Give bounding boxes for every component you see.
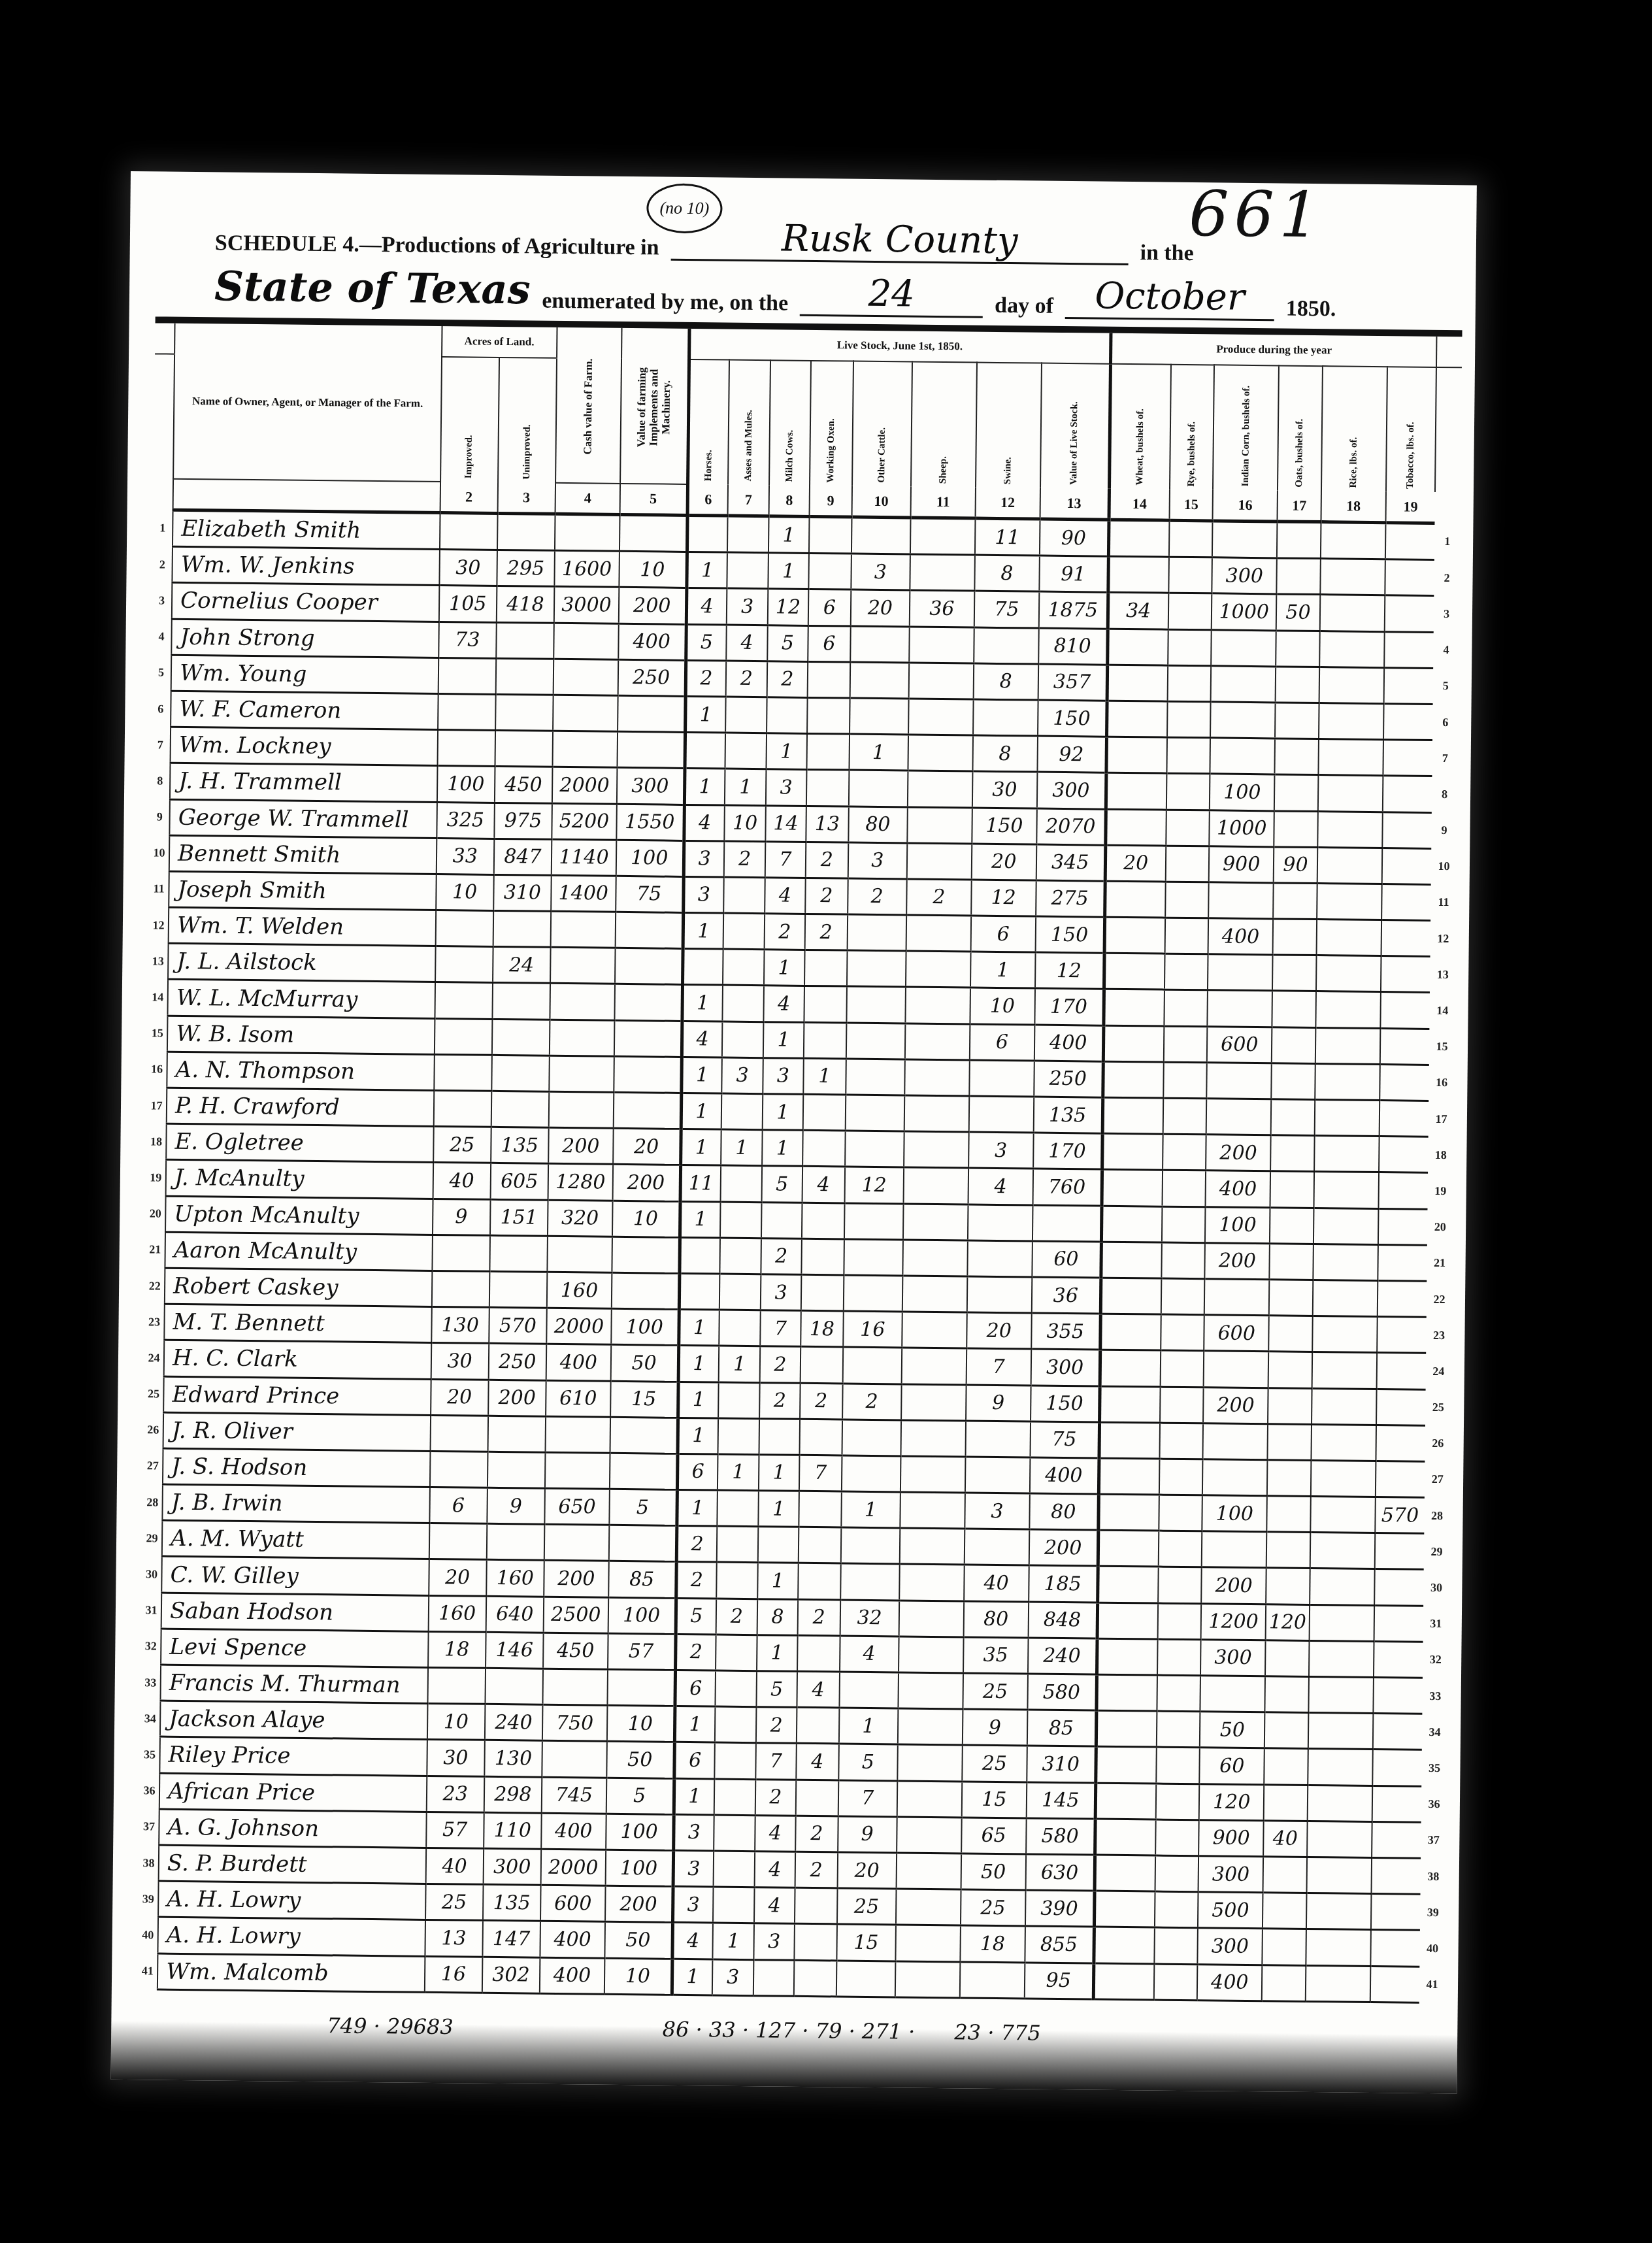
cell-col-12: 80 [963, 1601, 1028, 1638]
cell-col-16: 1000 [1212, 593, 1276, 630]
cell-col-8: 1 [757, 1635, 798, 1671]
cell-col-8: 2 [755, 1779, 796, 1816]
cell-col-4: 200 [548, 1127, 613, 1164]
farm-owner-name: Joseph Smith [169, 871, 436, 910]
cell-col-17: 120 [1266, 1604, 1310, 1640]
cell-col-2: 105 [438, 586, 497, 622]
row-number: 39 [139, 1881, 159, 1917]
cell-col-13: 145 [1026, 1782, 1095, 1819]
cell-col-19 [1374, 1569, 1424, 1606]
cell-col-7 [727, 552, 768, 589]
cell-col-17 [1271, 1099, 1315, 1136]
farm-owner-name: W. F. Cameron [171, 691, 438, 729]
cell-col-13: 2070 [1036, 808, 1106, 845]
cell-col-17 [1273, 919, 1317, 955]
cell-col-14 [1102, 1170, 1163, 1206]
cell-col-17 [1272, 1027, 1315, 1063]
cell-col-7: 1 [725, 769, 766, 805]
cell-col-8: 8 [757, 1599, 798, 1635]
cell-col-18 [1317, 811, 1382, 848]
cell-col-19 [1378, 1281, 1427, 1318]
cell-col-18 [1314, 1136, 1379, 1172]
cell-col-2: 6 [429, 1487, 487, 1523]
cell-col-4: 1140 [552, 839, 616, 876]
cell-col-10 [840, 1527, 900, 1564]
farm-owner-name: J. McAnulty [166, 1160, 433, 1199]
row-number-right: 32 [1423, 1642, 1448, 1678]
cell-col-2 [438, 657, 496, 694]
cell-col-10: 1 [849, 734, 908, 771]
cell-col-3 [495, 658, 553, 695]
cell-col-15 [1158, 1567, 1202, 1604]
cell-col-3: 310 [493, 874, 552, 911]
farm-owner-name: P. H. Crawford [167, 1088, 434, 1126]
cell-col-9 [804, 1022, 846, 1059]
cell-col-12 [967, 1240, 1032, 1277]
cell-col-5 [612, 1272, 680, 1309]
cell-col-18 [1312, 1352, 1376, 1389]
cell-col-13: 300 [1037, 772, 1106, 808]
cell-col-2: 16 [424, 1956, 482, 1993]
cell-col-10: 7 [838, 1780, 897, 1817]
farm-owner-name: J. L. Ailstock [168, 943, 435, 982]
cell-col-9: 6 [808, 590, 851, 626]
cell-col-3: 295 [497, 550, 555, 587]
cell-col-9: 2 [800, 1383, 842, 1420]
cell-col-4: 2000 [546, 1308, 611, 1344]
column-number: 18 [1321, 491, 1385, 523]
cell-col-17 [1268, 1316, 1312, 1352]
column-number: 5 [619, 484, 687, 516]
cell-col-7 [715, 1706, 756, 1743]
cell-col-15 [1162, 1170, 1206, 1206]
cell-col-11 [906, 915, 970, 952]
cell-col-9 [808, 661, 850, 698]
cell-col-11 [895, 1961, 960, 1997]
cell-col-14 [1101, 1242, 1162, 1278]
cell-col-15 [1163, 1062, 1207, 1099]
cell-col-15 [1167, 701, 1211, 738]
farm-owner-name: S. P. Burdett [159, 1845, 426, 1884]
cell-col-12: 25 [962, 1745, 1027, 1782]
cell-col-18 [1309, 1604, 1374, 1641]
cell-col-16 [1207, 1063, 1272, 1099]
cell-col-16: 300 [1198, 1928, 1263, 1965]
cell-col-15 [1167, 665, 1211, 702]
cell-col-10: 80 [848, 806, 908, 843]
cell-col-4: 5200 [552, 803, 616, 840]
cell-col-4: 745 [542, 1777, 606, 1814]
cell-col-9 [807, 734, 850, 771]
cell-col-6: 5 [686, 624, 727, 661]
cell-col-12: 10 [970, 988, 1034, 1024]
cell-col-9 [801, 1238, 844, 1275]
cell-col-15 [1157, 1639, 1201, 1676]
farm-owner-name: E. Ogletree [166, 1123, 433, 1162]
cell-col-11 [900, 1492, 965, 1529]
cell-col-15 [1157, 1675, 1200, 1712]
header-col-15: Rye, bushels of. [1186, 414, 1198, 486]
cell-col-14 [1106, 737, 1167, 773]
cell-col-14 [1102, 1133, 1163, 1170]
farm-owner-name: A. M. Wyatt [162, 1520, 429, 1559]
cell-col-18 [1315, 1063, 1379, 1100]
cell-col-19 [1371, 1857, 1421, 1894]
cell-col-4 [551, 911, 616, 948]
cell-col-11 [902, 1240, 967, 1276]
cell-col-4 [555, 514, 619, 551]
cell-col-2: 40 [425, 1848, 484, 1884]
cell-col-11 [908, 699, 973, 735]
cell-col-14 [1102, 1061, 1163, 1098]
cell-col-10 [843, 1275, 902, 1312]
cell-col-3: 418 [497, 586, 555, 623]
cell-col-4: 2500 [544, 1597, 608, 1633]
cell-col-4: 610 [546, 1380, 610, 1417]
cell-col-18 [1319, 703, 1383, 740]
cell-col-3 [495, 731, 553, 767]
cell-col-9 [795, 1887, 837, 1924]
cell-col-5: 5 [606, 1778, 674, 1814]
cell-col-7 [725, 697, 767, 733]
cell-col-4: 450 [543, 1633, 608, 1669]
cell-col-14 [1100, 1314, 1161, 1350]
cell-col-18 [1315, 1100, 1379, 1137]
cell-col-6: 1 [674, 1778, 715, 1815]
cell-col-5 [618, 695, 686, 732]
row-number-right: 9 [1431, 812, 1457, 849]
row-number-right: 12 [1430, 920, 1456, 957]
cell-col-15 [1169, 520, 1213, 557]
cell-col-11 [897, 1744, 962, 1781]
enumeration-line: State of Texas enumerated by me, on the … [214, 262, 1336, 322]
cell-col-16: 100 [1210, 774, 1274, 810]
cell-col-12: 6 [970, 916, 1035, 952]
cell-col-17 [1264, 1748, 1308, 1785]
cell-col-12: 65 [961, 1818, 1026, 1854]
cell-col-19 [1372, 1750, 1422, 1786]
cell-col-2: 13 [425, 1920, 483, 1957]
header-col-2: Improved. [464, 429, 475, 479]
cell-col-2 [427, 1667, 486, 1704]
cell-col-19 [1384, 631, 1434, 668]
cell-col-16: 120 [1199, 1784, 1264, 1820]
cell-col-6: 1 [685, 696, 726, 733]
cell-col-4: 2000 [541, 1849, 606, 1886]
row-number: 1 [153, 510, 173, 546]
cell-col-5: 300 [617, 768, 685, 805]
cell-col-18 [1310, 1569, 1374, 1605]
cell-col-6: 1 [682, 985, 723, 1022]
cell-col-14 [1098, 1530, 1159, 1567]
cell-col-18 [1316, 955, 1381, 992]
cell-col-19 [1381, 884, 1431, 920]
cell-col-7: 2 [716, 1599, 757, 1635]
cell-col-6: 2 [686, 660, 727, 697]
cell-col-18 [1309, 1640, 1374, 1677]
cell-col-8 [753, 1959, 795, 1996]
cell-col-3: 146 [486, 1632, 544, 1669]
cell-col-9 [797, 1635, 840, 1672]
cell-col-6: 1 [678, 1418, 719, 1454]
row-number: 22 [145, 1268, 165, 1304]
column-number [173, 479, 440, 513]
cell-col-11 [900, 1528, 965, 1565]
cell-col-11 [897, 1780, 962, 1817]
cell-col-17 [1275, 703, 1319, 739]
row-number: 4 [152, 618, 172, 654]
column-number: 10 [851, 486, 911, 518]
cell-col-14 [1106, 701, 1167, 737]
row-number-right: 29 [1424, 1534, 1449, 1570]
row-number: 21 [145, 1232, 165, 1268]
cell-col-10 [846, 1023, 905, 1059]
cell-col-4: 600 [540, 1885, 605, 1921]
cell-col-2: 40 [433, 1163, 491, 1199]
cell-col-7 [717, 1562, 758, 1599]
cell-col-6 [687, 515, 728, 552]
row-number: 11 [149, 871, 169, 907]
cell-col-7 [715, 1742, 756, 1779]
cell-col-12: 25 [963, 1673, 1027, 1710]
cell-col-2: 30 [439, 550, 497, 586]
cell-col-15 [1158, 1531, 1202, 1567]
cell-col-15 [1153, 1964, 1197, 2001]
row-number-right: 31 [1423, 1606, 1449, 1642]
farm-owner-name: W. B. Isom [167, 1016, 435, 1054]
row-number: 33 [140, 1665, 161, 1701]
cell-col-13: 170 [1033, 1133, 1102, 1169]
farm-owner-name: J. B. Irwin [162, 1484, 429, 1523]
cell-col-5: 200 [612, 1165, 680, 1201]
row-number-right: 5 [1433, 668, 1459, 705]
cell-col-13: 760 [1032, 1169, 1102, 1205]
row-number-right: 10 [1431, 848, 1457, 885]
cell-col-13: 135 [1033, 1097, 1102, 1133]
cell-col-12: 18 [960, 1925, 1025, 1962]
cell-col-6: 1 [681, 1057, 722, 1093]
farm-owner-name: Saban Hodson [161, 1593, 429, 1631]
cell-col-15 [1168, 593, 1212, 630]
column-number: 15 [1169, 490, 1213, 521]
column-number: 2 [440, 482, 498, 513]
row-number: 14 [148, 979, 168, 1015]
row-number-right: 33 [1422, 1678, 1447, 1714]
cell-col-11 [910, 518, 975, 555]
cell-col-5: 200 [605, 1886, 673, 1922]
cell-col-12: 8 [973, 663, 1038, 700]
cell-col-9: 2 [795, 1852, 838, 1888]
cell-col-16: 300 [1198, 1856, 1263, 1893]
cell-col-15 [1163, 1098, 1206, 1135]
cell-col-8: 5 [761, 1166, 802, 1203]
cell-col-10 [845, 1131, 904, 1167]
cell-col-2 [429, 1523, 487, 1560]
cell-col-11 [899, 1564, 964, 1601]
cell-col-19 [1372, 1821, 1421, 1858]
cell-col-8: 5 [767, 625, 808, 661]
cell-col-3: 302 [482, 1957, 540, 1993]
cell-col-5 [614, 1020, 682, 1057]
cell-col-14: 20 [1105, 845, 1166, 882]
cell-col-7 [713, 1887, 754, 1923]
cell-col-2: 25 [433, 1127, 491, 1163]
cell-col-19 [1372, 1786, 1421, 1822]
header-name: Name of Owner, Agent, or Manager of the … [173, 324, 442, 482]
cell-col-6: 1 [686, 552, 727, 589]
cell-col-5 [614, 984, 682, 1021]
cell-col-3 [493, 910, 551, 947]
cell-col-19 [1378, 1244, 1427, 1281]
cell-col-14 [1096, 1710, 1157, 1747]
cell-col-2: 30 [427, 1740, 485, 1776]
cell-col-15 [1155, 1855, 1198, 1892]
cell-col-16: 400 [1208, 918, 1273, 955]
cell-col-17: 50 [1276, 594, 1320, 631]
cell-col-18 [1313, 1208, 1378, 1244]
cell-col-14 [1095, 1819, 1155, 1855]
cell-col-6: 11 [680, 1165, 721, 1202]
cell-col-9: 18 [801, 1310, 843, 1347]
cell-col-10: 12 [844, 1167, 904, 1203]
cell-col-5: 10 [607, 1705, 675, 1742]
row-number-right: 4 [1433, 632, 1459, 669]
row-number-right: 41 [1419, 1967, 1445, 2003]
cell-col-15 [1164, 990, 1208, 1027]
row-number-right: 35 [1421, 1750, 1447, 1787]
row-number-right: 6 [1432, 704, 1458, 740]
cell-col-7 [721, 1165, 762, 1202]
cell-col-13: 75 [1030, 1421, 1099, 1458]
header-col-19: Tobacco, lbs. of. [1405, 415, 1417, 489]
cell-col-10 [847, 950, 906, 987]
cell-col-11 [902, 1312, 966, 1348]
cell-col-12: 35 [963, 1637, 1028, 1674]
cell-col-6: 5 [676, 1598, 717, 1635]
cell-col-8: 1 [762, 1130, 803, 1167]
cell-col-17 [1270, 1135, 1314, 1172]
cell-col-5: 100 [611, 1308, 679, 1345]
cell-col-14 [1095, 1783, 1156, 1819]
cell-col-16 [1204, 1279, 1269, 1316]
cell-col-8: 4 [763, 986, 804, 1022]
cell-col-7: 1 [713, 1923, 754, 1959]
column-number: 13 [1040, 488, 1109, 520]
cell-col-6: 2 [675, 1634, 716, 1670]
cell-col-5: 75 [616, 876, 684, 912]
cell-col-5 [614, 1056, 682, 1093]
cell-col-12: 3 [965, 1493, 1029, 1529]
header-col-6: Horses. [703, 443, 714, 481]
farm-owner-name: J. H. Trammell [170, 763, 437, 801]
cell-col-10 [839, 1672, 899, 1708]
cell-col-17 [1270, 1207, 1313, 1244]
row-number-right: 30 [1423, 1570, 1449, 1606]
cell-col-12 [967, 1276, 1032, 1313]
farm-owner-name: A. N. Thompson [167, 1052, 434, 1090]
row-number-right: 15 [1429, 1029, 1455, 1065]
cell-col-18 [1306, 1857, 1371, 1893]
cell-col-4 [553, 623, 618, 659]
cell-col-15 [1163, 1134, 1206, 1171]
cell-col-19 [1374, 1533, 1424, 1570]
farm-owner-name: A. H. Lowry [158, 1881, 425, 1919]
row-number-right: 18 [1428, 1137, 1453, 1174]
cell-col-7 [714, 1851, 755, 1887]
cell-col-17 [1263, 1893, 1306, 1929]
cell-col-19 [1376, 1461, 1425, 1497]
cell-col-9 [801, 1274, 844, 1311]
cell-col-18 [1317, 847, 1382, 884]
cell-col-7 [721, 1093, 763, 1130]
cell-col-10 [842, 1420, 901, 1456]
cell-col-19 [1376, 1425, 1425, 1461]
cell-col-8: 2 [756, 1707, 797, 1744]
cell-col-5 [612, 1237, 680, 1273]
cell-col-4: 3000 [554, 587, 619, 623]
cell-col-6: 3 [683, 876, 724, 913]
cell-col-11 [905, 987, 970, 1023]
column-number: 12 [975, 488, 1040, 520]
cell-col-16: 900 [1198, 1820, 1263, 1857]
column-number: 16 [1213, 490, 1278, 522]
column-number: 7 [728, 485, 769, 516]
farm-owner-name: W. L. McMurray [168, 980, 435, 1018]
cell-col-19 [1381, 956, 1430, 993]
row-number-right: 14 [1429, 993, 1455, 1029]
cell-col-8: 1 [757, 1563, 799, 1599]
cell-col-11 [908, 771, 972, 807]
cell-col-2 [435, 946, 493, 983]
cell-col-4: 1400 [551, 875, 616, 912]
cell-col-11 [902, 1276, 967, 1312]
cell-col-7 [725, 733, 767, 769]
cell-col-15 [1161, 1278, 1204, 1315]
row-number-right: 34 [1422, 1714, 1447, 1751]
cell-col-8: 1 [766, 733, 807, 770]
cell-col-6: 6 [677, 1454, 718, 1490]
cell-col-7 [718, 1490, 759, 1527]
census-page: (no 10) 661 SCHEDULE 4.—Productions of A… [110, 171, 1476, 2093]
cell-col-16 [1200, 1676, 1265, 1712]
cell-col-13: 580 [1026, 1818, 1095, 1855]
cell-col-10: 4 [840, 1636, 899, 1672]
cell-col-17 [1272, 955, 1316, 991]
cell-col-12: 8 [972, 735, 1037, 772]
agriculture-table: Name of Owner, Agent, or Manager of the … [138, 316, 1462, 2003]
cell-col-9 [808, 554, 851, 590]
farm-owner-name: Wm. Lockney [171, 727, 438, 765]
cell-col-6: 4 [682, 1021, 723, 1057]
cell-col-19 [1374, 1605, 1423, 1642]
cell-col-9 [803, 1094, 846, 1131]
cell-col-10 [846, 986, 906, 1023]
cell-col-6: 4 [686, 588, 727, 625]
cell-col-12: 6 [970, 1024, 1034, 1061]
cell-col-9: 7 [799, 1455, 842, 1491]
cell-col-7: 2 [724, 841, 765, 878]
cell-col-10: 3 [848, 842, 907, 879]
cell-col-3: 640 [486, 1596, 544, 1633]
cell-col-11 [903, 1167, 968, 1204]
header-col-4: Cash value of Farm. [582, 352, 595, 456]
cell-col-10 [844, 1239, 903, 1276]
cell-col-9 [804, 950, 847, 987]
cell-col-17 [1277, 522, 1321, 559]
cell-col-13: 310 [1027, 1746, 1096, 1782]
cell-col-2: 10 [436, 874, 494, 910]
cell-col-19 [1383, 740, 1432, 776]
